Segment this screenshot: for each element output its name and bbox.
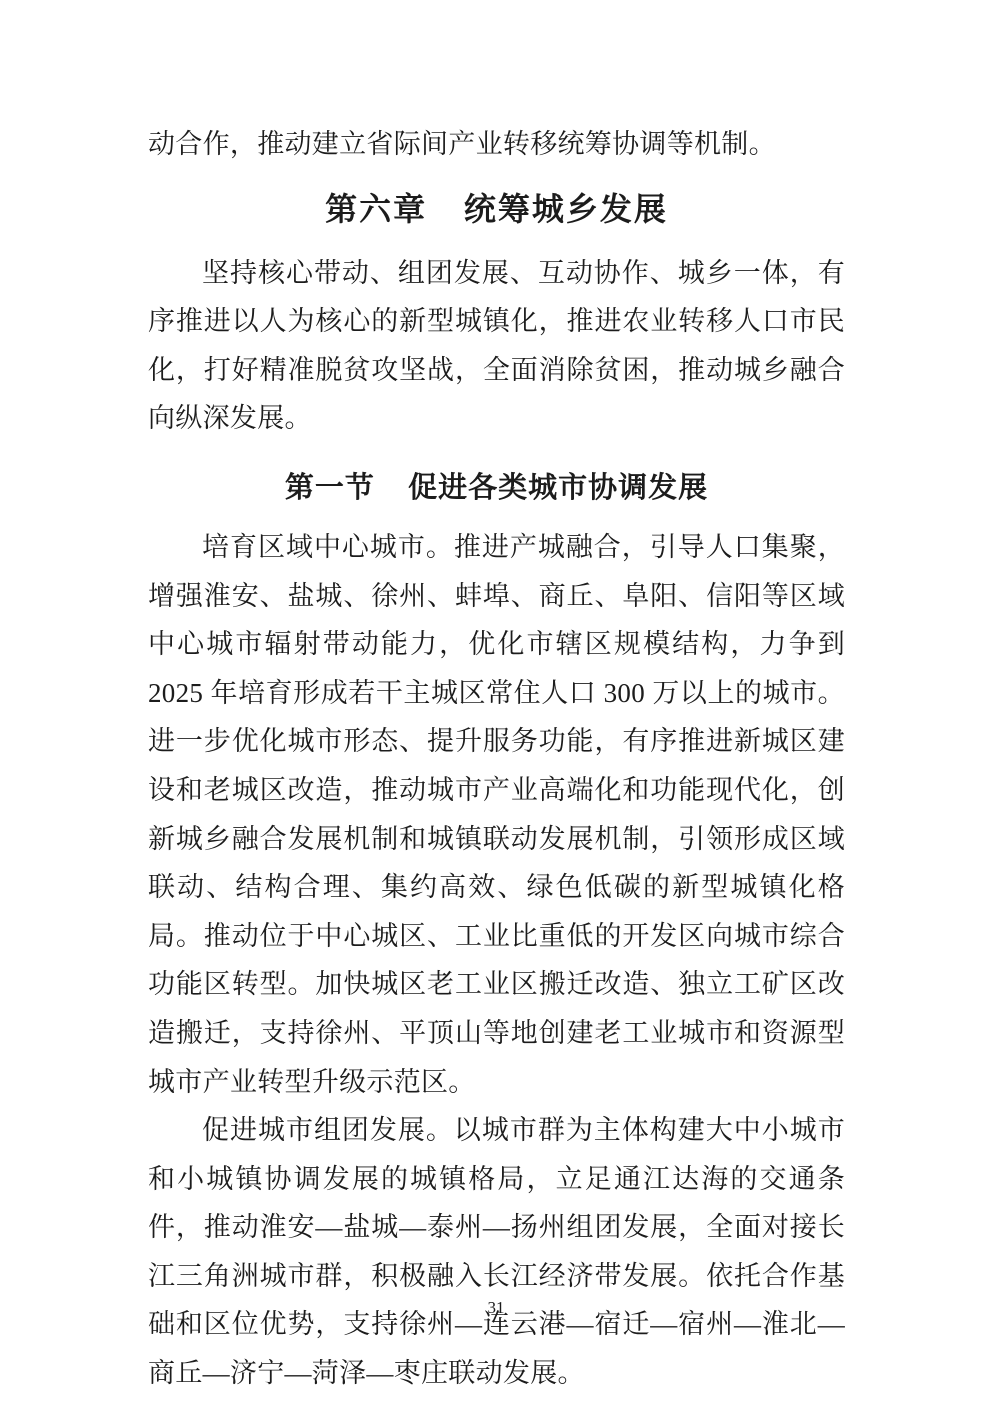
- section-title: 促进各类城市协调发展: [408, 472, 708, 504]
- page-number: 31: [0, 1297, 992, 1319]
- document-page: 动合作，推动建立省际间产业转移统筹协调等机制。 第六章统筹城乡发展 坚持核心带动…: [0, 0, 992, 1403]
- section-number: 第一节: [285, 472, 375, 504]
- chapter-number: 第六章: [325, 191, 427, 227]
- continuation-paragraph: 动合作，推动建立省际间产业转移统筹协调等机制。: [148, 120, 845, 169]
- chapter-intro-paragraph: 坚持核心带动、组团发展、互动协作、城乡一体，有序推进以人为核心的新型城镇化，推进…: [148, 249, 845, 443]
- section-heading: 第一节促进各类城市协调发展: [148, 469, 845, 507]
- body-paragraph-regional-centers: 培育区域中心城市。推进产城融合，引导人口集聚，增强淮安、盐城、徐州、蚌埠、商丘、…: [148, 523, 845, 1106]
- chapter-title: 统筹城乡发展: [464, 191, 668, 227]
- body-paragraph-city-clusters: 促进城市组团发展。以城市群为主体构建大中小城市和小城镇协调发展的城镇格局，立足通…: [148, 1106, 845, 1398]
- chapter-heading: 第六章统筹城乡发展: [148, 189, 845, 229]
